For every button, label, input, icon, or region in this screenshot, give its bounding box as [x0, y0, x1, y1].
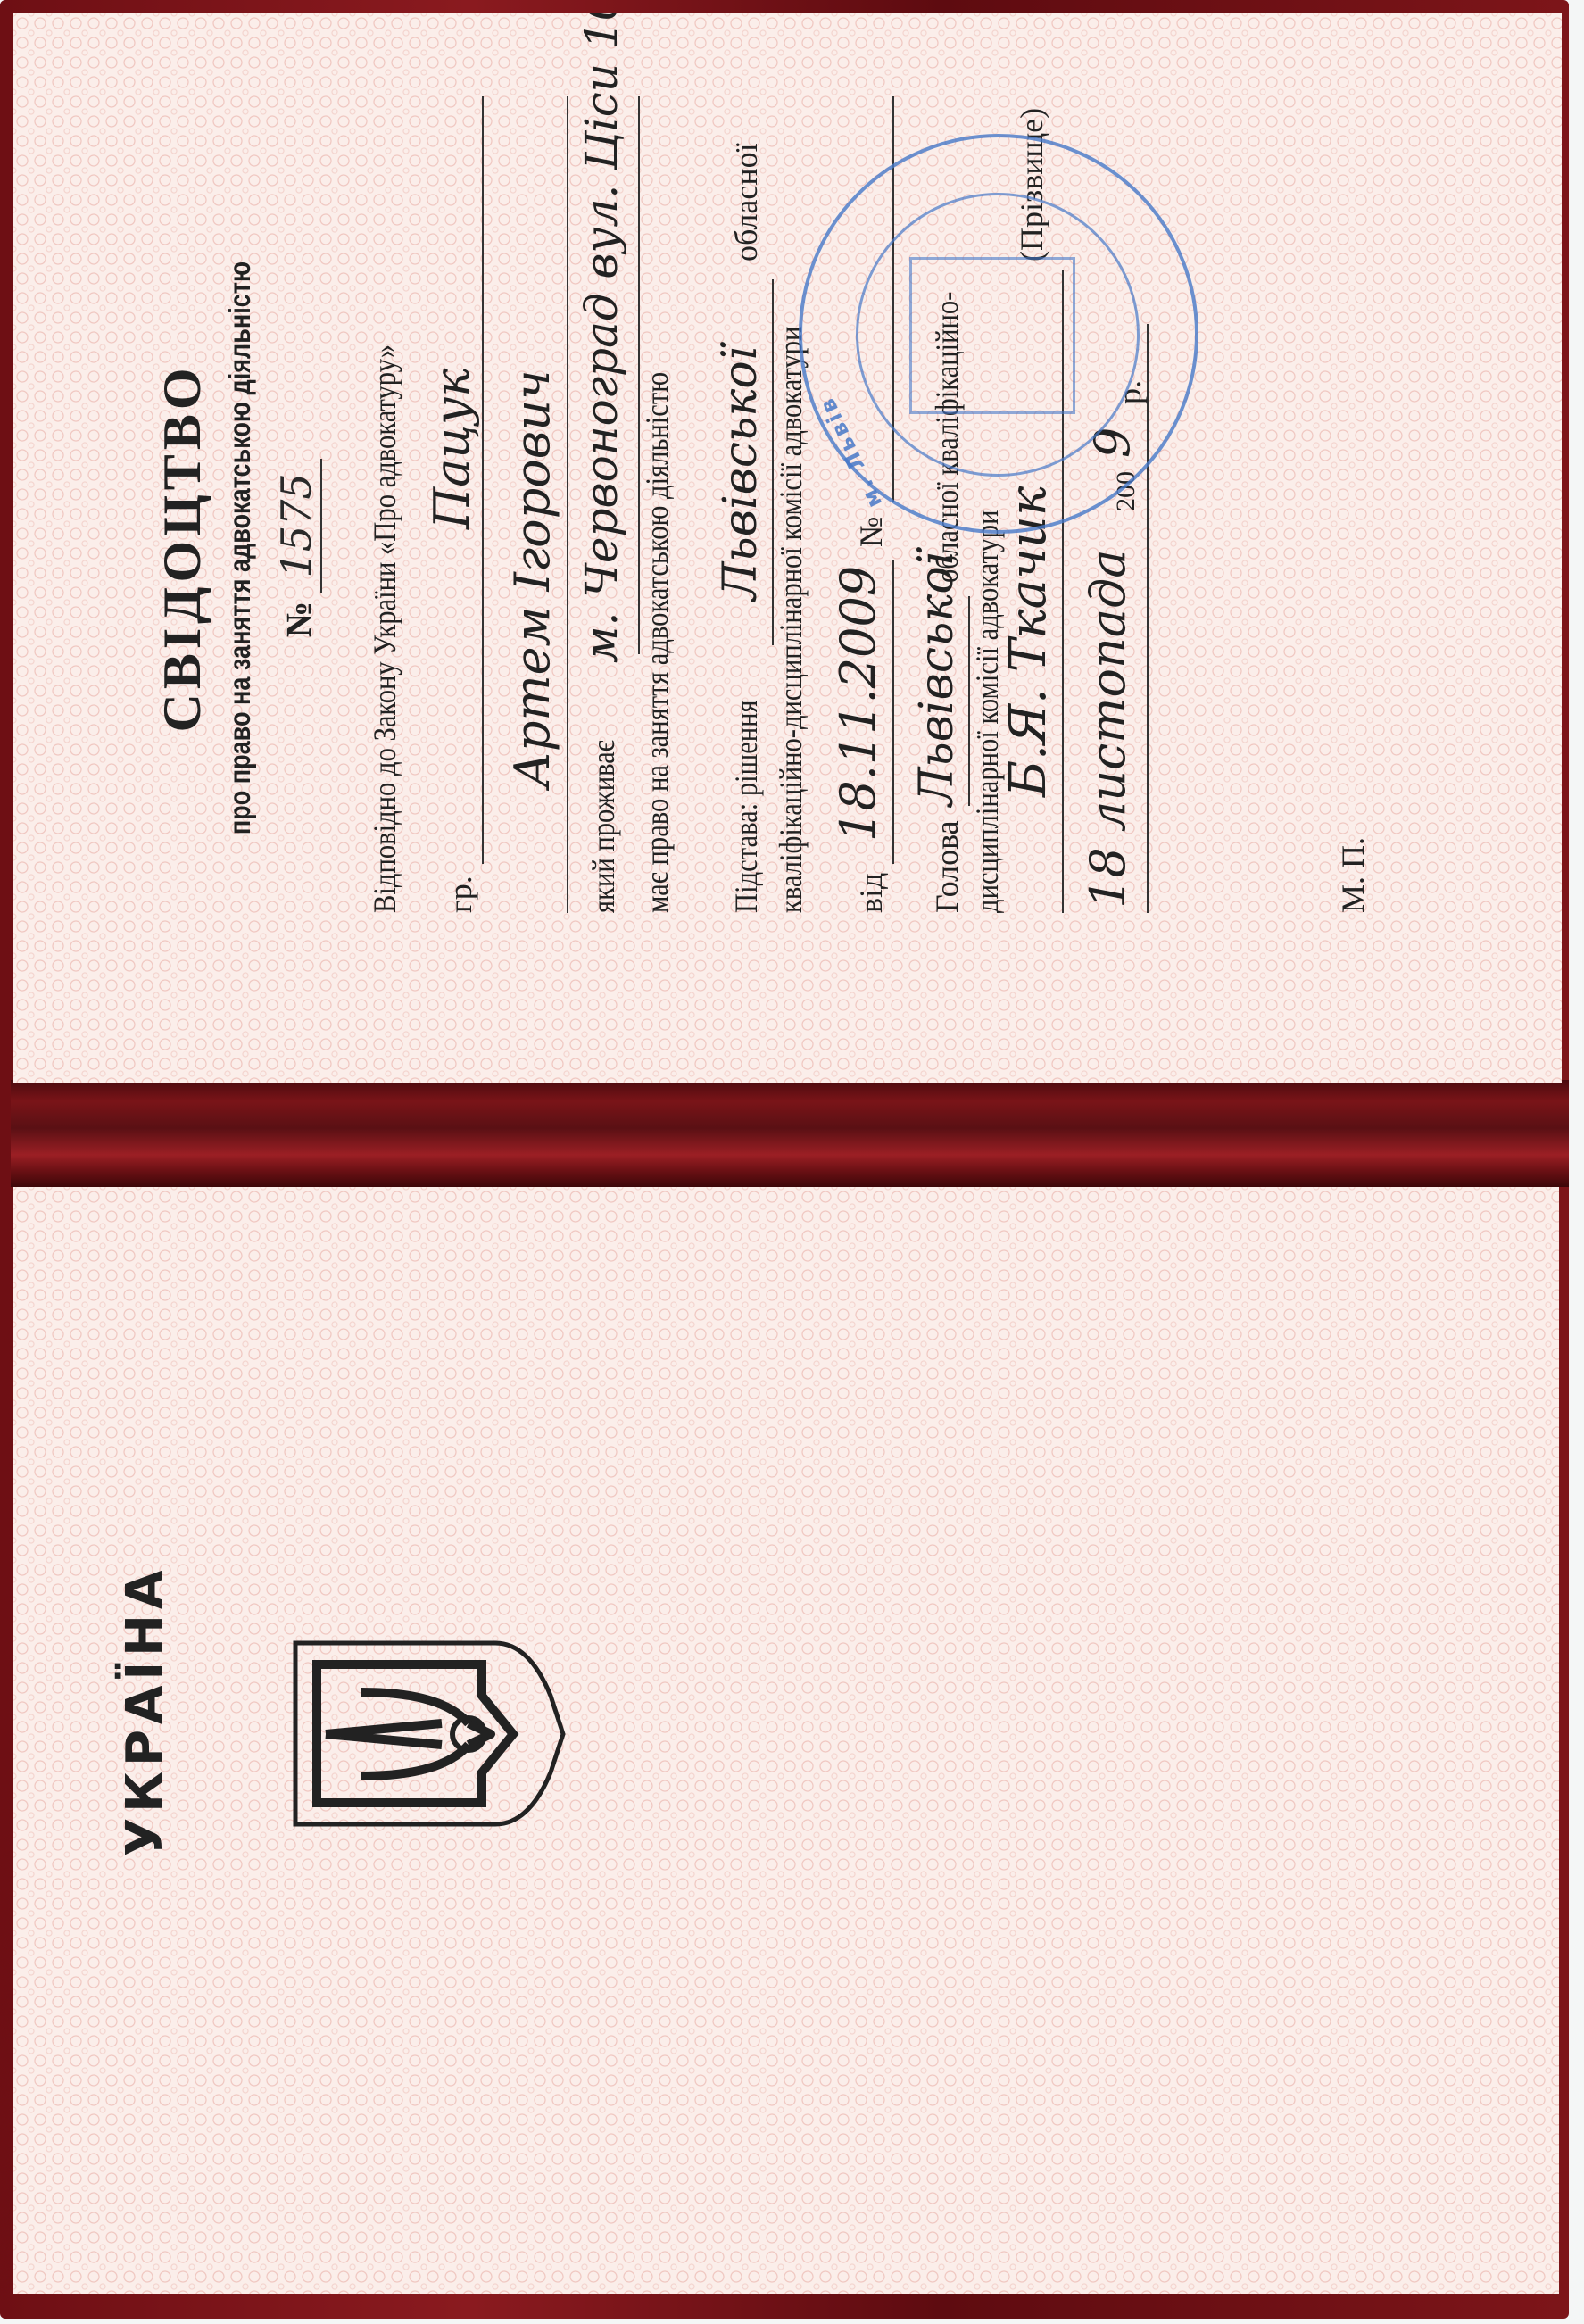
seal-label: М. П. — [1334, 837, 1372, 913]
basis-region-field: Львівської — [714, 346, 767, 601]
head-region-field: Львівської — [910, 552, 964, 806]
issue-month: листопада — [1080, 550, 1136, 833]
certificate-page: СВІДОЦТВО про право на заняття адвокатсь… — [13, 13, 1562, 1083]
head-row: Голова — [928, 820, 966, 913]
head-label: Голова — [929, 820, 965, 913]
number-value: 1575 — [272, 459, 322, 593]
basis-label: Підстава: рішення — [727, 700, 765, 913]
residence-field: м. Червоноград вул. Ціси 10/16а — [576, 13, 627, 663]
rights-line: має право на заняття адвокатською діяльн… — [638, 277, 676, 913]
front-page: УКРАЇНА — [13, 1187, 1559, 2294]
date-label: від — [853, 873, 889, 913]
official-stamp: м. Львів — [799, 134, 1198, 534]
date-row: від — [852, 873, 890, 913]
given-names-field: Артем Ігорович — [504, 369, 560, 788]
basis-suffix: обласної — [727, 143, 765, 261]
decision-no-label: № — [852, 517, 890, 547]
country-title: УКРАЇНА — [116, 1565, 174, 1856]
surname-field: Пацук — [424, 368, 480, 529]
cover-spine — [11, 1080, 1569, 1187]
certificate-number: № 1575 — [272, 13, 322, 1083]
citizen-row: гр. — [442, 876, 479, 913]
issue-date-field: 18 листопада — [1080, 550, 1136, 909]
residence-row: який проживає — [585, 710, 622, 913]
number-label: № — [278, 602, 319, 637]
law-line: Відповідно до Закону України «Про адвока… — [366, 245, 403, 913]
certificate-subtitle: про право на заняття адвокатською діяльн… — [223, 110, 257, 986]
basis-row: Підстава: рішення — [727, 662, 765, 913]
citizen-label: гр. — [443, 876, 478, 913]
residence-label: який проживає — [585, 740, 622, 913]
date-field: 18.11.2009 — [830, 566, 886, 842]
issue-day: 18 — [1080, 847, 1136, 909]
certificate-title: СВІДОЦТВО — [152, 13, 213, 1083]
trident-emblem-icon — [290, 1638, 567, 1830]
